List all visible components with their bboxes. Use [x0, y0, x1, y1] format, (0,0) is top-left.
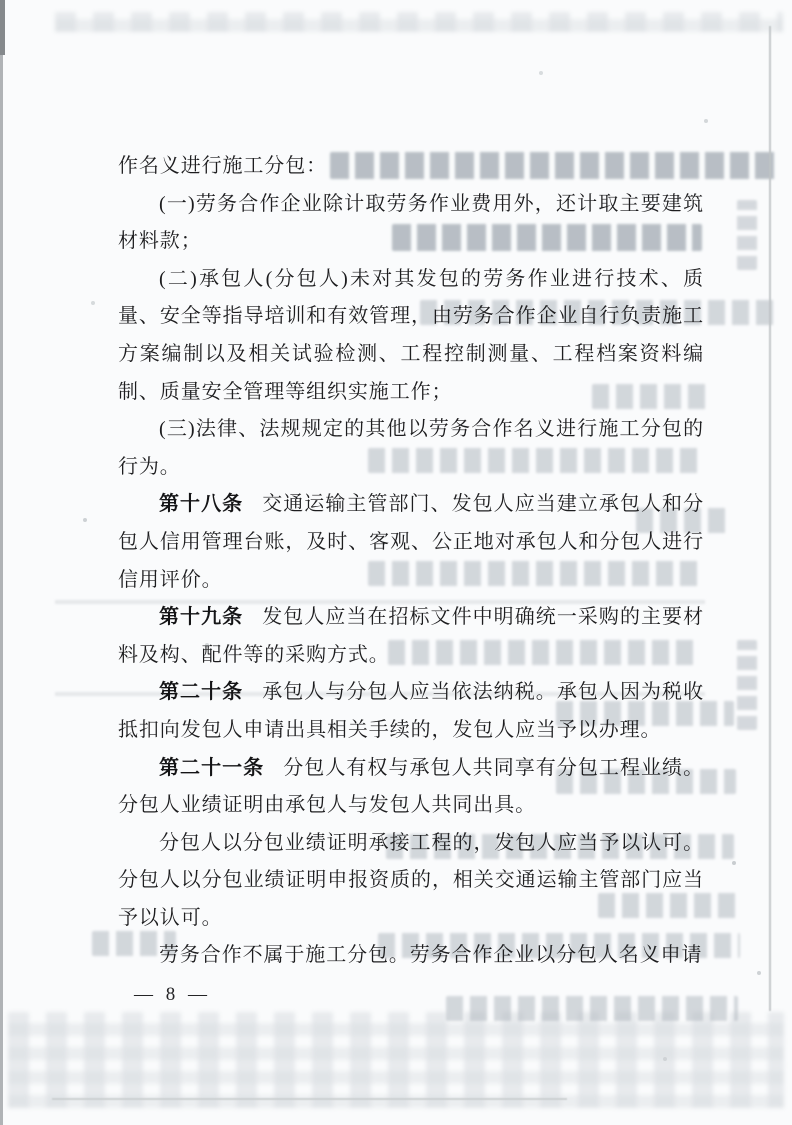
paragraph: 第十九条发包人应当在招标文件中明确统一采购的主要材料及构、配件等的采购方式。: [118, 599, 704, 674]
scan-edge-line-left: [0, 0, 3, 1125]
article-number: 第二十条: [159, 681, 243, 703]
bleedthrough-artifact: [737, 200, 757, 270]
paragraph: (一)劳务合作企业除计取劳务作业费用外，还计取主要建筑材料款；: [118, 186, 704, 261]
bleedthrough-artifact: [737, 640, 757, 730]
bleedthrough-artifact: [446, 996, 738, 1021]
paragraph: (三)法律、法规规定的其他以劳务合作名义进行施工分包的行为。: [118, 411, 704, 486]
scan-edge-line-bottom: [52, 1098, 567, 1100]
page-number: — 8 —: [134, 984, 211, 1006]
paragraph: 劳务合作不属于施工分包。劳务合作企业以分包人名义申请: [118, 937, 704, 975]
paragraph: (二)承包人(分包人)未对其发包的劳务作业进行技术、质量、安全等指导培训和有效管…: [118, 261, 704, 411]
scan-noise-band-bottom: [8, 1012, 784, 1108]
paragraph: 第二十一条分包人有权与承包人共同享有分包工程业绩。分包人业绩证明由承包人与发包人…: [118, 750, 704, 825]
paragraph: 第二十条承包人与分包人应当依法纳税。承包人因为税收抵扣向发包人申请出具相关手续的…: [118, 674, 704, 749]
paragraph: 分包人以分包业绩证明承接工程的，发包人应当予以认可。分包人以分包业绩证明申报资质…: [118, 825, 704, 938]
page-corner-mark: [0, 0, 5, 55]
scan-noise-band-top: [55, 12, 783, 32]
scanned-page: { "document": { "paragraphs": [ { "inden…: [0, 0, 792, 1125]
speck-artifacts: [0, 0, 2, 2]
paragraph: 作名义进行施工分包：: [118, 148, 704, 186]
article-number: 第十九条: [159, 606, 243, 628]
article-number: 第二十一条: [159, 757, 264, 779]
scan-edge-line-right: [769, 26, 771, 1011]
article-number: 第十八条: [159, 493, 243, 515]
paragraph: 第十八条交通运输主管部门、发包人应当建立承包人和分包人信用管理台账，及时、客观、…: [118, 486, 704, 599]
document-text-block: 作名义进行施工分包：(一)劳务合作企业除计取劳务作业费用外，还计取主要建筑材料款…: [118, 148, 704, 975]
